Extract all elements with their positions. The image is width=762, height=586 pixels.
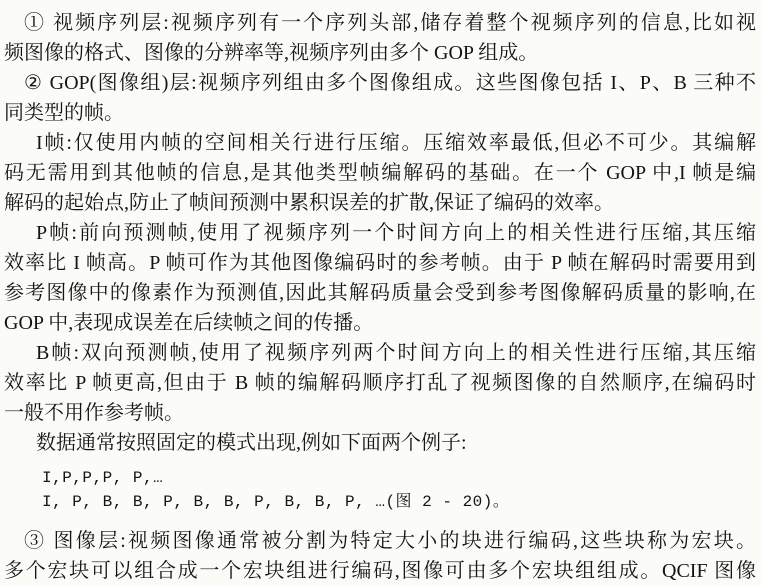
text-line: I帧:仅使用内帧的空间相关行进行压缩。压缩效率最低,但必不可少。其编解 [4, 128, 756, 158]
text-line: 效率比 P 帧更高,但由于 B 帧的编解码顺序打乱了视频图像的自然顺序,在编码时 [4, 368, 756, 398]
text-line: 频图像的格式、图像的分辨率等,视频序列由多个 GOP 组成。 [4, 38, 756, 68]
text-line: ① 视频序列层:视频序列有一个序列头部,储存着整个视频序列的信息,比如视 [4, 8, 756, 38]
text-line: ② GOP(图像组)层:视频序列组由多个图像组成。这些图像包括 I、P、B 三种… [4, 68, 756, 98]
text-line: 数据通常按照固定的模式出现,例如下面两个例子: [4, 428, 756, 458]
text-line: 解码的起始点,防止了帧间预测中累积误差的扩散,保证了编码的效率。 [4, 188, 756, 218]
text-line: 一般不用作参考帧。 [4, 398, 756, 428]
document-page: ① 视频序列层:视频序列有一个序列头部,储存着整个视频序列的信息,比如视 频图像… [0, 0, 762, 586]
text-line: ③ 图像层:视频图像通常被分割为特定大小的块进行编码,这些块称为宏块。 [4, 526, 756, 556]
text-line: GOP 中,表现成误差在后续帧之间的传播。 [4, 308, 756, 338]
text-line: P帧:前向预测帧,使用了视频序列一个时间方向上的相关性进行压缩,其压缩 [4, 218, 756, 248]
code-line-frame-pattern-1: I,P,P,P, P,… [4, 466, 756, 490]
text-line: 码无需用到其他帧的信息,是其他类型帧编解码的基础。在一个 GOP 中,I 帧是编 [4, 158, 756, 188]
vertical-spacer [4, 458, 756, 466]
code-line-frame-pattern-2: I, P, B, B, P, B, B, P, B, B, P, …(图 2 -… [4, 490, 756, 514]
vertical-spacer [4, 514, 756, 526]
text-line: 效率比 I 帧高。P 帧可作为其他图像编码时的参考帧。由于 P 帧在解码时需要用… [4, 248, 756, 278]
text-line: 参考图像中的像素作为预测值,因此其解码质量会受到参考图像解码质量的影响,在 [4, 278, 756, 308]
text-line: 多个宏块可以组合成一个宏块组进行编码,图像可由多个宏块组组成。QCIF 图像 [4, 556, 756, 586]
text-line: 同类型的帧。 [4, 98, 756, 128]
text-line: B帧:双向预测帧,使用了视频序列两个时间方向上的相关性进行压缩,其压缩 [4, 338, 756, 368]
